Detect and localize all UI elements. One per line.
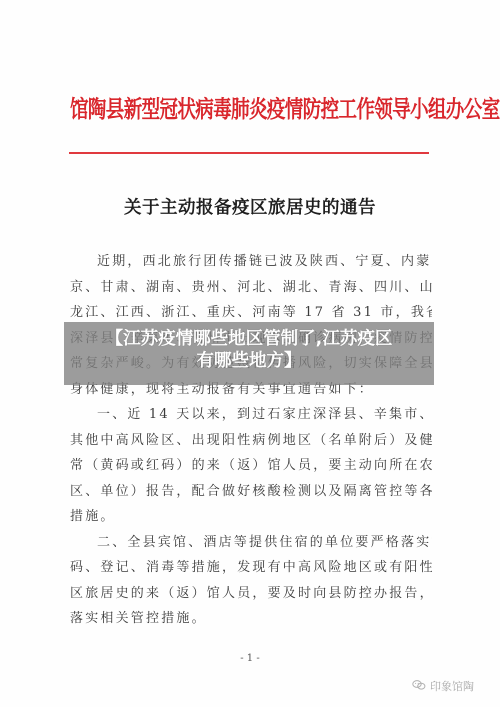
body-line: 其他中高风险区、出现阳性病例地区（名单附后）及健康码异	[70, 428, 432, 454]
red-divider-line	[69, 152, 429, 154]
headline-line-2: 有哪些地方】	[64, 350, 434, 372]
document-title: 关于主动报备疫区旅居史的通告	[0, 194, 500, 219]
body-line: 京、甘肃、湖南、贵州、河北、湖北、青海、四川、山东、黑	[70, 275, 432, 301]
body-line: 区、单位）报告，配合做好核酸检测以及隔离管控等各项防控	[70, 479, 432, 505]
body-line: 区旅居史的来（返）馆人员，要及时向县防控办报告，并配合	[70, 581, 432, 607]
source-watermark: 印象馆陶	[412, 678, 474, 694]
headline-overlay-text: 【江苏疫情哪些地区管制了,江苏疫区 有哪些地方】	[64, 322, 434, 372]
body-line: 二、全县宾馆、酒店等提供住宿的单位要严格落实测温验	[70, 530, 432, 556]
body-line: 近期，西北旅行团传播链已波及陕西、宁夏、内蒙古、北	[70, 249, 432, 275]
page-number: - 1 -	[0, 653, 500, 664]
body-line: 落实相关管控措施。	[70, 606, 432, 632]
body-line: 措施。	[70, 504, 432, 530]
watermark-text: 印象馆陶	[430, 678, 474, 694]
org-header: 馆陶县新型冠状病毒肺炎疫情防控工作领导小组办公室	[70, 92, 430, 125]
document-body: 近期，西北旅行团传播链已波及陕西、宁夏、内蒙古、北 京、甘肃、湖南、贵州、河北、…	[70, 249, 432, 632]
body-line: 常（黄码或红码）的来（返）馆人员，要主动向所在农村（社	[70, 453, 432, 479]
headline-line-1: 【江苏疫情哪些地区管制了,江苏疫区	[64, 328, 434, 350]
body-line: 码、登记、消毒等措施，发现有中高风险地区或有阳性病例地	[70, 555, 432, 581]
wechat-icon	[412, 679, 426, 694]
document-page: 馆陶县新型冠状病毒肺炎疫情防控工作领导小组办公室 关于主动报备疫区旅居史的通告 …	[0, 0, 500, 707]
body-line: 一、近 14 天以来，到过石家庄深泽县、辛集市、晋州市、	[70, 402, 432, 428]
